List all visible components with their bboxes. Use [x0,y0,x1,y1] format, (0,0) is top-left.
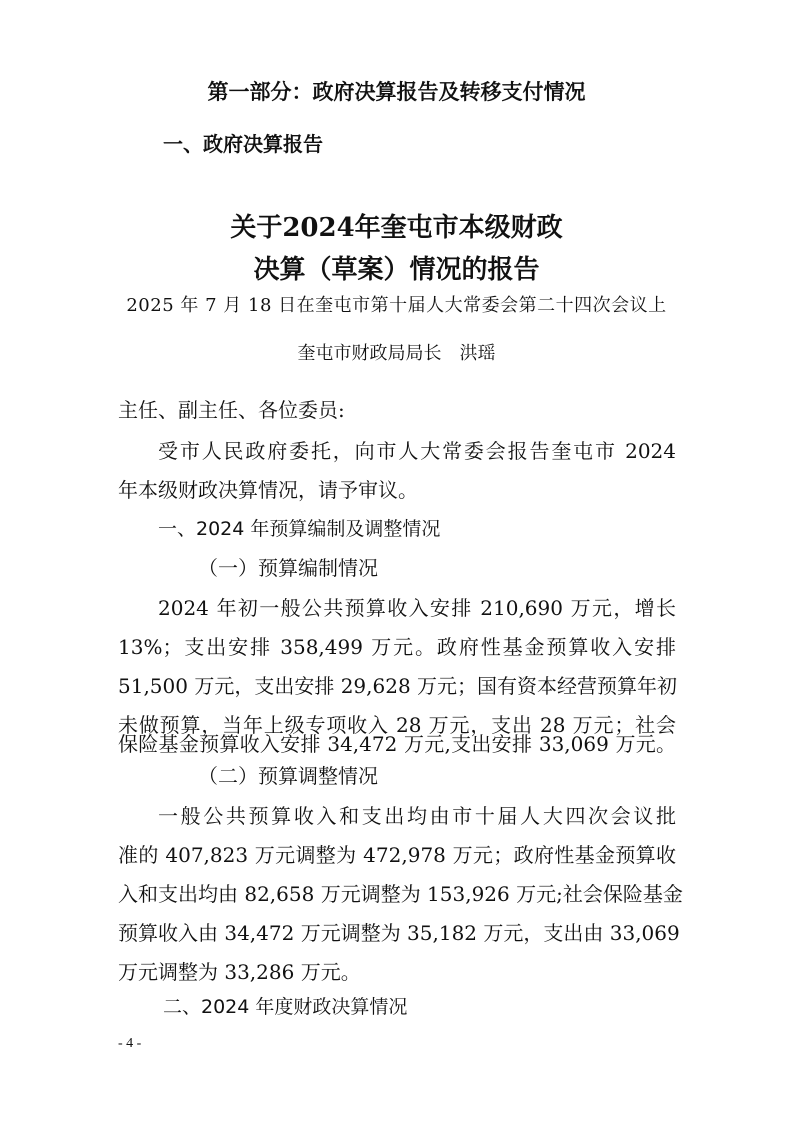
sub1-line-5: 保险基金预算收入安排 34,472 万元,支出安排 33,069 万元。 [118,730,676,758]
sub1-line-1: 2024 年初一般公共预算收入安排 210,690 万元，增长 [158,594,676,622]
section1-heading: 一、2024 年预算编制及调整情况 [158,515,440,543]
section2-heading: 二、2024 年度财政决算情况 [163,993,407,1021]
author-line: 奎屯市财政局局长 洪瑶 [0,340,793,368]
sub2-line-3: 入和支出均由 82,658 万元调整为 153,926 万元;社会保险基金 [118,880,676,908]
page-number: - 4 - [118,1036,141,1052]
sub1-line-3: 51,500 万元，支出安排 29,628 万元；国有资本经营预算年初 [118,672,676,700]
sub1-line-2: 13%；支出安排 358,499 万元。政府性基金预算收入安排 [118,633,676,661]
salutation: 主任、副主任、各位委员: [118,396,345,424]
sub2-heading: （二）预算调整情况 [198,762,378,790]
part-heading: 第一部分：政府决算报告及转移支付情况 [0,78,793,106]
sub2-line-4: 预算收入由 34,472 万元调整为 35,182 万元，支出由 33,069 [118,919,676,947]
sub1-heading: （一）预算编制情况 [198,554,378,582]
intro-line-2: 年本级财政决算情况，请予审议。 [118,476,418,504]
meeting-line: 2025 年 7 月 18 日在奎屯市第十届人大常委会第二十四次会议上 [0,292,793,320]
section-heading: 一、政府决算报告 [163,130,323,158]
intro-line-1: 受市人民政府委托，向市人大常委会报告奎屯市 2024 [158,437,676,465]
report-title-line2: 决算（草案）情况的报告 [0,252,793,288]
sub2-line-2: 准的 407,823 万元调整为 472,978 万元；政府性基金预算收 [118,841,676,869]
sub2-line-5: 万元调整为 33,286 万元。 [118,958,361,986]
report-title-line1: 关于2024年奎屯市本级财政 [0,210,793,246]
sub2-line-1: 一般公共预算收入和支出均由市十届人大四次会议批 [158,802,676,830]
